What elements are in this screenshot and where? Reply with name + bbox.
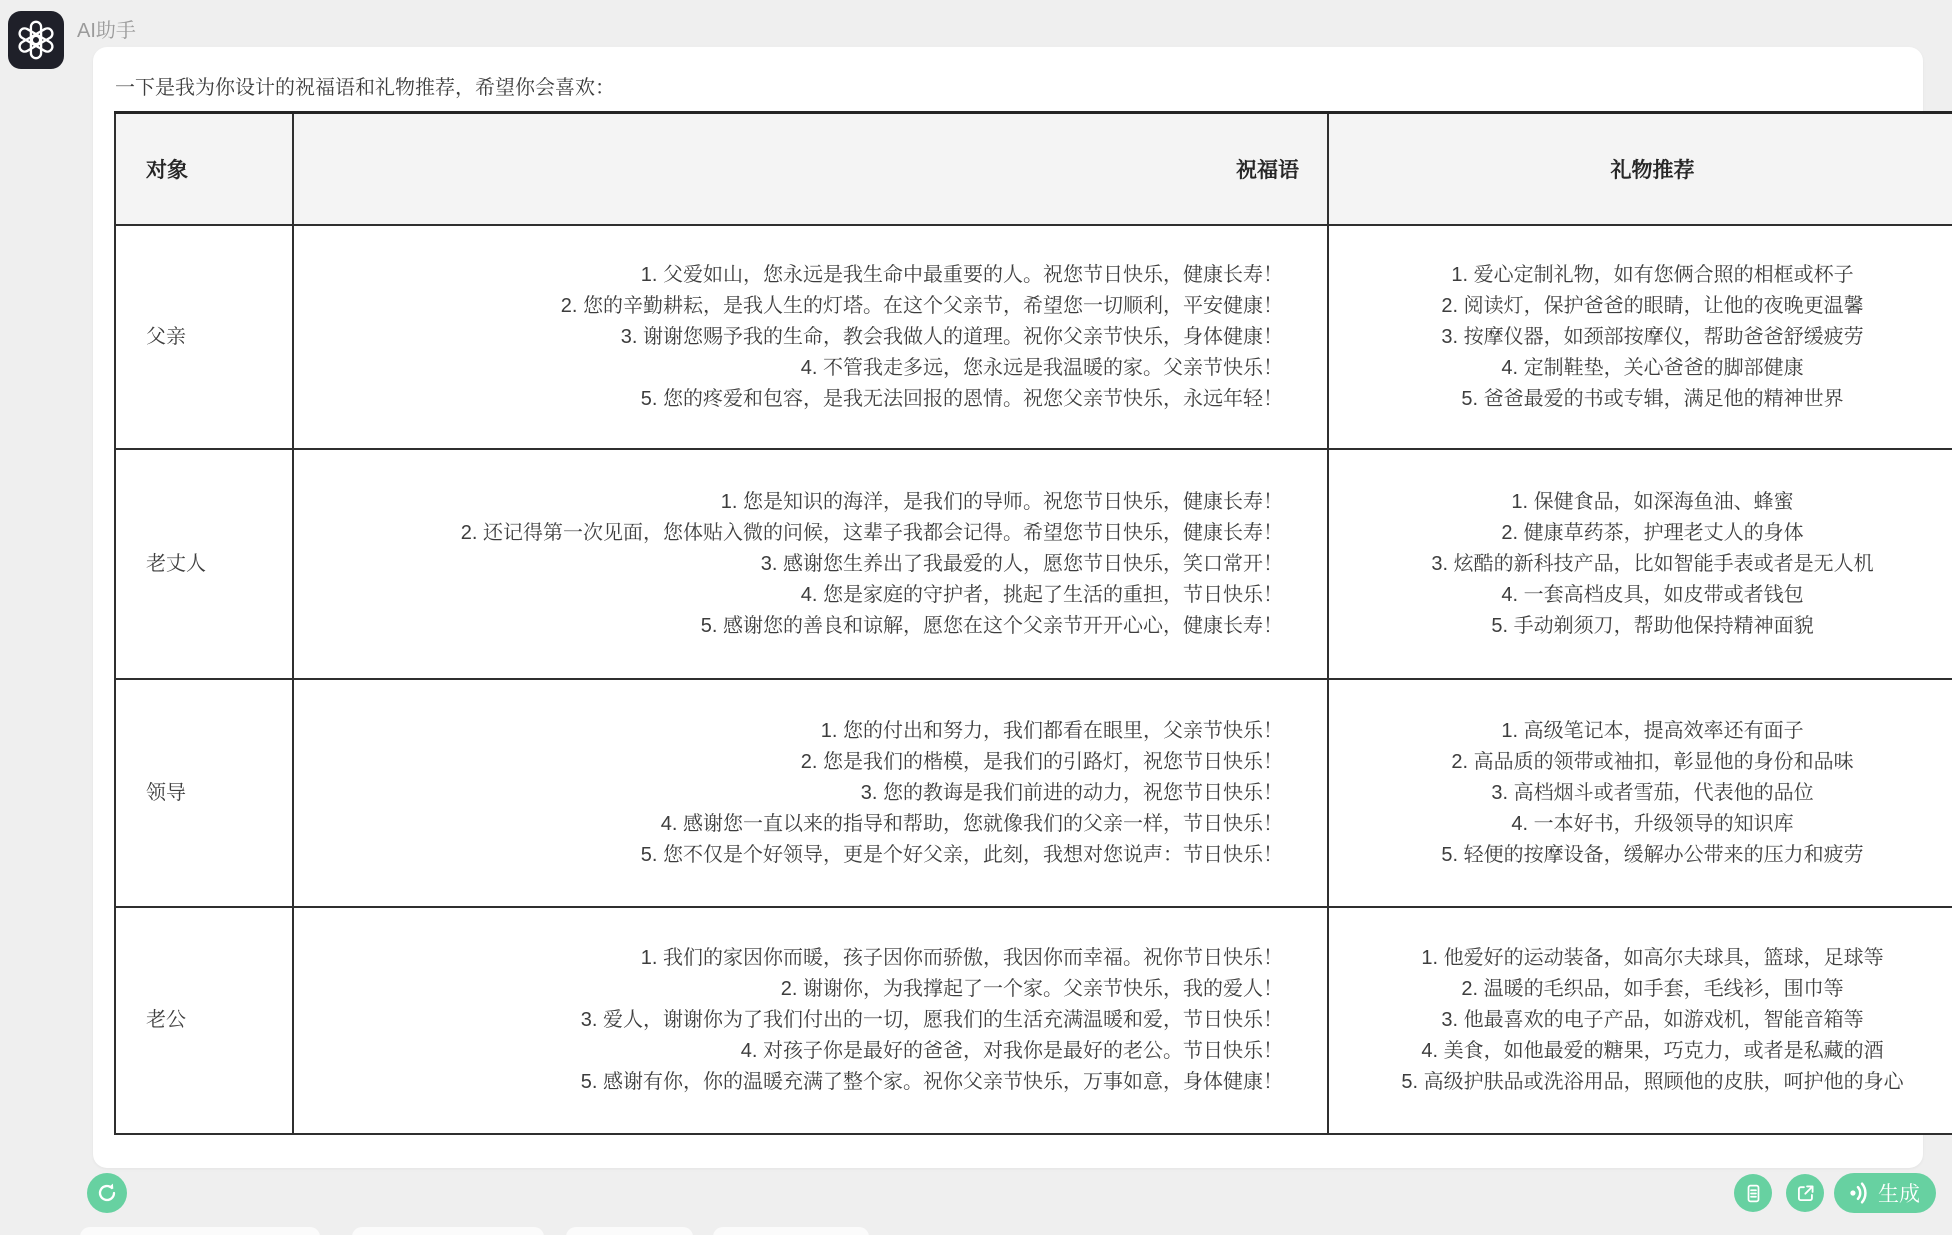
blessing-line: 4. 感谢您一直以来的指导和帮助，您就像我们的父亲一样，节日快乐！ [295, 809, 1283, 840]
blessing-cell: 1. 父爱如山，您永远是我生命中最重要的人。祝您节日快乐，健康长寿！ 2. 您的… [293, 225, 1328, 449]
gift-cell: 1. 他爱好的运动装备，如高尔夫球具，篮球，足球等 2. 温暖的毛织品，如手套，… [1328, 907, 1952, 1134]
suggestion-chip[interactable] [713, 1227, 869, 1235]
blessing-line: 3. 感谢您生养出了我最爱的人，愿您节日快乐，笑口常开！ [295, 549, 1283, 580]
gift-line: 3. 炫酷的新科技产品，比如智能手表或者是无人机 [1339, 549, 1952, 580]
gift-line: 1. 爱心定制礼物，如有您俩合照的相框或杯子 [1339, 260, 1952, 291]
blessing-line: 3. 谢谢您赐予我的生命，教会我做人的道理。祝你父亲节快乐，身体健康！ [295, 322, 1283, 353]
blessing-line: 1. 我们的家因你而暖，孩子因你而骄傲，我因你而幸福。祝你节日快乐！ [295, 943, 1283, 974]
gift-line: 2. 温暖的毛织品，如手套，毛线衫，围巾等 [1339, 974, 1952, 1005]
blessing-line: 1. 父爱如山，您永远是我生命中最重要的人。祝您节日快乐，健康长寿！ [295, 260, 1283, 291]
gift-line: 4. 一套高档皮具，如皮带或者钱包 [1339, 580, 1952, 611]
blessing-line: 4. 对孩子你是最好的爸爸，对我你是最好的老公。节日快乐！ [295, 1036, 1283, 1067]
suggestion-chip[interactable] [352, 1227, 544, 1235]
blessing-cell: 1. 您是知识的海洋，是我们的导师。祝您节日快乐，健康长寿！ 2. 还记得第一次… [293, 449, 1328, 679]
regenerate-button[interactable] [87, 1173, 127, 1213]
assistant-name-label: AI助手 [77, 14, 136, 43]
assistant-message-card: 一下是我为你设计的祝福语和礼物推荐，希望你会喜欢： 对象 祝福语 礼物推荐 父亲… [93, 47, 1923, 1168]
blessing-line: 3. 爱人，谢谢你为了我们付出的一切，愿我们的生活充满温暖和爱，节日快乐！ [295, 1005, 1283, 1036]
blessing-line: 5. 您的疼爱和包容，是我无法回报的恩情。祝您父亲节快乐，永远年轻！ [295, 384, 1283, 415]
gift-line: 1. 他爱好的运动装备，如高尔夫球具，篮球，足球等 [1339, 943, 1952, 974]
external-link-icon [1794, 1182, 1817, 1205]
column-header-gift: 礼物推荐 [1328, 113, 1952, 226]
gift-line: 2. 健康草药茶，护理老丈人的身体 [1339, 518, 1952, 549]
blessing-line: 2. 您的辛勤耕耘，是我人生的灯塔。在这个父亲节，希望您一切顺利，平安健康！ [295, 291, 1283, 322]
table-row: 老公 1. 我们的家因你而暖，孩子因你而骄傲，我因你而幸福。祝你节日快乐！ 2.… [115, 907, 1952, 1134]
gift-line: 1. 高级笔记本，提高效率还有面子 [1339, 716, 1952, 747]
openai-logo-icon [14, 18, 58, 62]
gift-line: 2. 阅读灯，保护爸爸的眼睛，让他的夜晚更温馨 [1339, 291, 1952, 322]
export-button[interactable] [1786, 1174, 1824, 1212]
message-intro-text: 一下是我为你设计的祝福语和礼物推荐，希望你会喜欢： [115, 71, 615, 100]
table-header-row: 对象 祝福语 礼物推荐 [115, 113, 1952, 226]
generate-button-label: 生成 [1878, 1178, 1920, 1208]
voice-wave-icon [1846, 1180, 1872, 1206]
assistant-avatar [8, 11, 64, 69]
gift-cell: 1. 保健食品，如深海鱼油、蜂蜜 2. 健康草药茶，护理老丈人的身体 3. 炫酷… [1328, 449, 1952, 679]
suggestion-chip[interactable] [80, 1227, 320, 1235]
gift-line: 3. 按摩仪器，如颈部按摩仪，帮助爸爸舒缓疲劳 [1339, 322, 1952, 353]
subject-cell: 领导 [115, 679, 293, 907]
subject-cell: 父亲 [115, 225, 293, 449]
gift-line: 3. 他最喜欢的电子产品，如游戏机，智能音箱等 [1339, 1005, 1952, 1036]
blessing-line: 2. 谢谢你，为我撑起了一个家。父亲节快乐，我的爱人！ [295, 974, 1283, 1005]
document-icon [1742, 1182, 1765, 1205]
gift-line: 5. 高级护肤品或洗浴用品，照顾他的皮肤，呵护他的身心 [1339, 1067, 1952, 1098]
blessing-line: 3. 您的教诲是我们前进的动力，祝您节日快乐！ [295, 778, 1283, 809]
subject-cell: 老公 [115, 907, 293, 1134]
copy-document-button[interactable] [1734, 1174, 1772, 1212]
blessing-line: 1. 您的付出和努力，我们都看在眼里，父亲节快乐！ [295, 716, 1283, 747]
gift-line: 4. 定制鞋垫，关心爸爸的脚部健康 [1339, 353, 1952, 384]
blessing-line: 5. 感谢您的善良和谅解，愿您在这个父亲节开开心心，健康长寿！ [295, 611, 1283, 642]
table-row: 老丈人 1. 您是知识的海洋，是我们的导师。祝您节日快乐，健康长寿！ 2. 还记… [115, 449, 1952, 679]
column-header-subject: 对象 [115, 113, 293, 226]
blessing-line: 4. 不管我走多远，您永远是我温暖的家。父亲节快乐！ [295, 353, 1283, 384]
blessing-line: 2. 还记得第一次见面，您体贴入微的问候，这辈子我都会记得。希望您节日快乐，健康… [295, 518, 1283, 549]
table-row: 父亲 1. 父爱如山，您永远是我生命中最重要的人。祝您节日快乐，健康长寿！ 2.… [115, 225, 1952, 449]
blessing-line: 5. 您不仅是个好领导，更是个好父亲，此刻，我想对您说声：节日快乐！ [295, 840, 1283, 871]
gift-line: 4. 一本好书，升级领导的知识库 [1339, 809, 1952, 840]
generate-button[interactable]: 生成 [1834, 1173, 1936, 1213]
table-row: 领导 1. 您的付出和努力，我们都看在眼里，父亲节快乐！ 2. 您是我们的楷模，… [115, 679, 1952, 907]
gift-line: 5. 爸爸最爱的书或专辑，满足他的精神世界 [1339, 384, 1952, 415]
gift-line: 2. 高品质的领带或袖扣，彰显他的身份和品味 [1339, 747, 1952, 778]
blessing-cell: 1. 我们的家因你而暖，孩子因你而骄傲，我因你而幸福。祝你节日快乐！ 2. 谢谢… [293, 907, 1328, 1134]
gift-line: 4. 美食，如他最爱的糖果，巧克力，或者是私藏的酒 [1339, 1036, 1952, 1067]
gift-cell: 1. 爱心定制礼物，如有您俩合照的相框或杯子 2. 阅读灯，保护爸爸的眼睛，让他… [1328, 225, 1952, 449]
blessing-line: 4. 您是家庭的守护者，挑起了生活的重担，节日快乐！ [295, 580, 1283, 611]
gift-cell: 1. 高级笔记本，提高效率还有面子 2. 高品质的领带或袖扣，彰显他的身份和品味… [1328, 679, 1952, 907]
suggestion-chip[interactable] [566, 1227, 693, 1235]
blessing-line: 5. 感谢有你，你的温暖充满了整个家。祝你父亲节快乐，万事如意，身体健康！ [295, 1067, 1283, 1098]
gift-line: 3. 高档烟斗或者雪茄，代表他的品位 [1339, 778, 1952, 809]
gift-line: 5. 手动剃须刀，帮助他保持精神面貌 [1339, 611, 1952, 642]
refresh-icon [95, 1181, 119, 1205]
blessing-cell: 1. 您的付出和努力，我们都看在眼里，父亲节快乐！ 2. 您是我们的楷模，是我们… [293, 679, 1328, 907]
blessing-line: 2. 您是我们的楷模，是我们的引路灯，祝您节日快乐！ [295, 747, 1283, 778]
blessing-gift-table: 对象 祝福语 礼物推荐 父亲 1. 父爱如山，您永远是我生命中最重要的人。祝您节… [114, 111, 1952, 1135]
column-header-blessing: 祝福语 [293, 113, 1328, 226]
gift-line: 5. 轻便的按摩设备，缓解办公带来的压力和疲劳 [1339, 840, 1952, 871]
subject-cell: 老丈人 [115, 449, 293, 679]
blessing-line: 1. 您是知识的海洋，是我们的导师。祝您节日快乐，健康长寿！ [295, 487, 1283, 518]
gift-line: 1. 保健食品，如深海鱼油、蜂蜜 [1339, 487, 1952, 518]
